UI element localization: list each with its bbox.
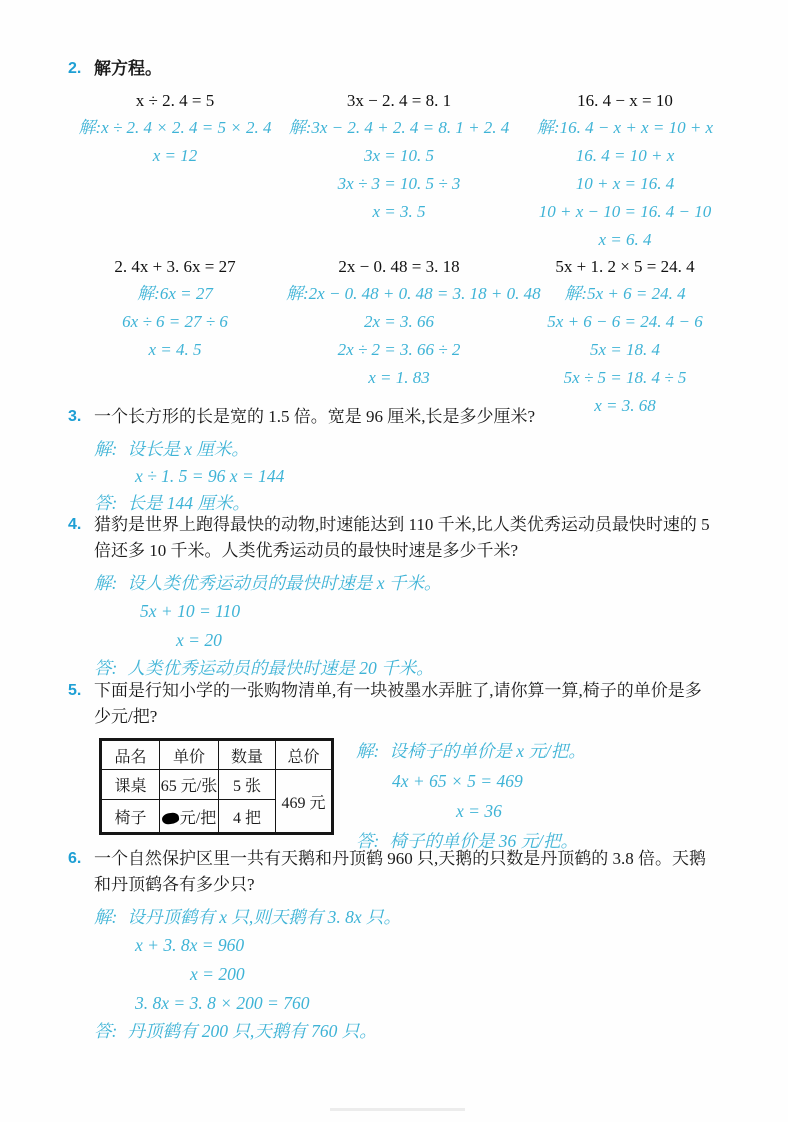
equation: x ÷ 2. 4 = 5 [64,88,286,114]
problem-number: 2. [64,56,94,82]
problem-4: 4. 猎豹是世界上跑得最快的动物,时速能达到 110 千米,比人类优秀运动员最快… [64,512,750,682]
solution-step: 3x ÷ 3 = 10. 5 ÷ 3 [286,170,512,198]
solution-step: 3x = 10. 5 [286,142,512,170]
solution-step: 解:6x = 27 [64,280,286,308]
solution-equation: x = 20 [176,626,750,655]
problem-number: 4. [64,512,94,538]
solution-equation: 5x + 10 = 110 [140,597,750,626]
problem-2: 2. 解方程。 x ÷ 2. 4 = 5 解:x ÷ 2. 4 × 2. 4 =… [64,56,750,420]
solution-step: x = 1. 83 [286,364,512,392]
workbook-page: 2. 解方程。 x ÷ 2. 4 = 5 解:x ÷ 2. 4 × 2. 4 =… [0,0,788,1122]
ink-blot [161,812,179,825]
jie-line: 解: 设椅子的单价是 x 元/把。 [356,736,756,766]
problem-5-solution: 解: 设椅子的单价是 x 元/把。 4x + 65 × 5 = 469 x = … [356,736,756,856]
problem-number: 5. [64,678,94,704]
problem-number: 3. [64,403,94,430]
problem-title: 解方程。 [94,56,750,82]
table-header-cell: 品名 [101,740,160,770]
equation: 3x − 2. 4 = 8. 1 [286,88,512,114]
table-header-cell: 数量 [219,740,276,770]
jie-label: 解: [94,436,117,463]
da-text: 丹顶鹤有 200 只,天鹅有 760 只。 [127,1018,376,1045]
solution-step: 10 + x = 16. 4 [512,170,738,198]
jie-line: 解: 设长是 x 厘米。 [94,436,750,463]
solution-step: 5x ÷ 5 = 18. 4 ÷ 5 [512,364,738,392]
solution-step: 解:3x − 2. 4 + 2. 4 = 8. 1 + 2. 4 [286,114,512,142]
equation: 5x + 1. 2 × 5 = 24. 4 [512,254,738,280]
problem-statement-line: 少元/把? [94,704,750,730]
solution-equation: x = 200 [190,960,750,989]
solution-step: 解:5x + 6 = 24. 4 [512,280,738,308]
solution-step: 2x ÷ 2 = 3. 66 ÷ 2 [286,336,512,364]
problem-statement-line: 猎豹是世界上跑得最快的动物,时速能达到 110 千米,比人类优秀运动员最快时速的… [94,512,750,538]
jie-label: 解: [356,736,379,766]
equation-group-4: 2. 4x + 3. 6x = 27 解:6x = 27 6x ÷ 6 = 27… [64,254,286,420]
table-cell-qty: 4 把 [219,800,276,834]
problem-3: 3. 一个长方形的长是宽的 1.5 倍。宽是 96 厘米,长是多少厘米? 解: … [64,403,750,517]
problem-statement-line: 一个自然保护区里一共有天鹅和丹顶鹤 960 只,天鹅的只数是丹顶鹤的 3.8 倍… [94,846,750,872]
solution-step: x = 12 [64,142,286,170]
solution-equation: x = 36 [456,796,756,826]
page-bottom-mark [330,1108,465,1111]
solution-equation: 4x + 65 × 5 = 469 [392,766,756,796]
problem-statement-line: 倍还多 10 千米。人类优秀运动员的最快时速是多少千米? [94,538,750,564]
jie-text: 设丹顶鹤有 x 只,则天鹅有 3. 8x 只。 [127,904,401,931]
price-unit: 元/把 [180,810,216,827]
problem-statement-line: 和丹顶鹤各有多少只? [94,872,750,898]
table-cell-item: 课桌 [101,770,160,800]
da-line: 答: 丹顶鹤有 200 只,天鹅有 760 只。 [94,1018,750,1045]
table-cell-price: 元/把 [160,800,219,834]
jie-label: 解: [94,904,117,931]
jie-label: 解: [94,570,117,597]
equation-group-5: 2x − 0. 48 = 3. 18 解:2x − 0. 48 + 0. 48 … [286,254,512,420]
solution-step: 解:x ÷ 2. 4 × 2. 4 = 5 × 2. 4 [64,114,286,142]
solution-step: x = 3. 5 [286,198,512,226]
problem-statement-line: 下面是行知小学的一张购物清单,有一块被墨水弄脏了,请你算一算,椅子的单价是多 [94,678,750,704]
shopping-list-table: 品名 单价 数量 总价 课桌 65 元/张 5 张 469 元 椅子 元/把 4… [99,738,334,835]
table-cell-item: 椅子 [101,800,160,834]
jie-text: 设长是 x 厘米。 [127,436,249,463]
equation-group-3: 16. 4 − x = 10 解:16. 4 − x + x = 10 + x … [512,88,738,254]
solution-step: 6x ÷ 6 = 27 ÷ 6 [64,308,286,336]
da-label: 答: [94,1018,117,1045]
table-cell-total: 469 元 [276,770,333,834]
equation-group-6: 5x + 1. 2 × 5 = 24. 4 解:5x + 6 = 24. 4 5… [512,254,738,420]
solution-step: 解:2x − 0. 48 + 0. 48 = 3. 18 + 0. 48 [286,280,512,308]
problem-number: 6. [64,846,94,872]
solution-step: 10 + x − 10 = 16. 4 − 10 [512,198,738,226]
solution-equation: x ÷ 1. 5 = 96 x = 144 [135,463,750,490]
equation-group-2: 3x − 2. 4 = 8. 1 解:3x − 2. 4 + 2. 4 = 8.… [286,88,512,254]
jie-text: 设椅子的单价是 x 元/把。 [389,736,585,766]
table-cell-price: 65 元/张 [160,770,219,800]
problem-5: 5. 下面是行知小学的一张购物清单,有一块被墨水弄脏了,请你算一算,椅子的单价是… [64,678,750,850]
problem-6: 6. 一个自然保护区里一共有天鹅和丹顶鹤 960 只,天鹅的只数是丹顶鹤的 3.… [64,846,750,1045]
equation: 2. 4x + 3. 6x = 27 [64,254,286,280]
solution-step: x = 6. 4 [512,226,738,254]
solution-equation: 3. 8x = 3. 8 × 200 = 760 [135,989,750,1018]
solution-step: 16. 4 = 10 + x [512,142,738,170]
solution-step: x = 4. 5 [64,336,286,364]
solution-step: 5x = 18. 4 [512,336,738,364]
problem-statement: 一个长方形的长是宽的 1.5 倍。宽是 96 厘米,长是多少厘米? [94,407,535,426]
jie-text: 设人类优秀运动员的最快时速是 x 千米。 [127,570,441,597]
solution-step: 2x = 3. 66 [286,308,512,336]
jie-line: 解: 设人类优秀运动员的最快时速是 x 千米。 [94,570,750,597]
equation-group-1: x ÷ 2. 4 = 5 解:x ÷ 2. 4 × 2. 4 = 5 × 2. … [64,88,286,254]
solution-step: 5x + 6 − 6 = 24. 4 − 6 [512,308,738,336]
equation-grid: x ÷ 2. 4 = 5 解:x ÷ 2. 4 × 2. 4 = 5 × 2. … [64,88,738,420]
table-header-cell: 总价 [276,740,333,770]
jie-line: 解: 设丹顶鹤有 x 只,则天鹅有 3. 8x 只。 [94,904,750,931]
solution-equation: x + 3. 8x = 960 [135,931,750,960]
solution-step: 解:16. 4 − x + x = 10 + x [512,114,738,142]
table-cell-qty: 5 张 [219,770,276,800]
equation: 16. 4 − x = 10 [512,88,738,114]
equation: 2x − 0. 48 = 3. 18 [286,254,512,280]
table-header-cell: 单价 [160,740,219,770]
